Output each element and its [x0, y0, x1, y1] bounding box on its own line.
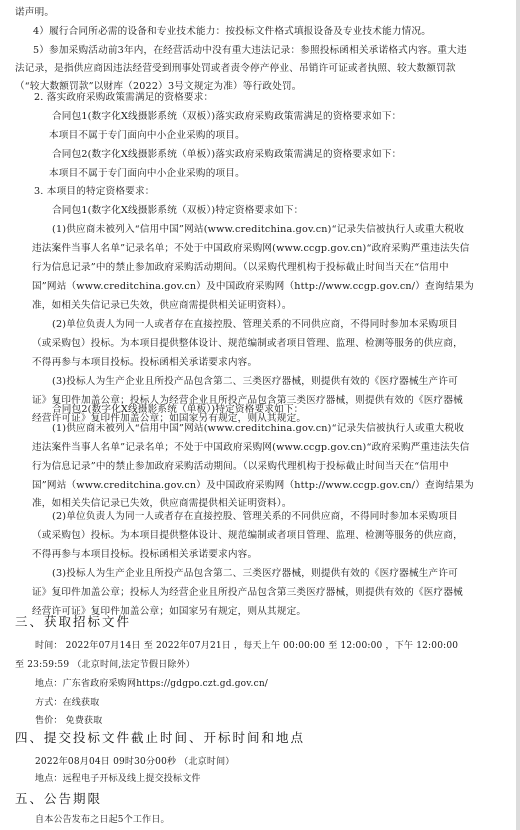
pkg2-req3-line: (3)投标人为生产企业且所投产品包含第二、三类医疗器械，则提供有效的《医疗器械生… [52, 568, 458, 580]
submit-location: 地点：远程电子开标及线上提交投标文件 [35, 773, 201, 785]
section-period-heading: 五、公告期限 [15, 791, 102, 807]
pkg2-requirements-title: 合同包2(数字化X线摄影系统（单板）)特定资格要求如下： [52, 404, 303, 416]
intro-item-4: 4）履行合同所必需的设备和专业技术能力：按投标文件格式填报设备及专业技术能力情况… [33, 26, 431, 38]
pkg2-req2-line: （或采购包）投标。为本项目提供整体设计、规范编制或者项目管理、监理、检测等服务的… [32, 530, 463, 542]
intro-line-0: 诺声明。 [15, 7, 54, 19]
pkg2-req1-line: 准，如相关失信记录已失效，供应商需提供相关证明资料）。 [32, 498, 292, 510]
section-2-pkg2-text: 本项目不属于专门面向中小企业采购的项目。 [49, 168, 245, 180]
section-2-pkg2-title: 合同包2(数字化X线摄影系统（单板）)落实政府采购政策需满足的资格要求如下： [52, 149, 401, 161]
document-page: 诺声明。 4）履行合同所必需的设备和专业技术能力：按投标文件格式填报设备及专业技… [0, 0, 516, 830]
obtain-time-line-2: 至 23:59:59 （北京时间,法定节假日除外） [15, 659, 195, 671]
section-2-title: 2. 落实政府采购政策需满足的资格要求： [34, 92, 213, 104]
obtain-method: 方式：在线获取 [35, 697, 99, 709]
submit-deadline: 2022年08月04日 09时30分00秒 （北京时间） [35, 756, 235, 768]
pkg2-req2-line: (2)单位负责人为同一人或者存在直接控股、管理关系的不同供应商，不得同时参加本采… [52, 511, 458, 523]
pkg1-req1-line: (1)供应商未被列入“信用中国”网站(www.creditchina.gov.c… [52, 224, 464, 236]
pkg1-req2-line: 不得再参与本项目投标。投标函相关承诺要求内容。 [32, 357, 257, 369]
intro-item-5-line-1: 5）参加采购活动前3年内，在经营活动中没有重大违法记录：参照投标函相关承诺格式内… [33, 45, 467, 57]
section-2-pkg1-text: 本项目不属于专门面向中小企业采购的项目。 [49, 130, 245, 142]
obtain-time-line-1: 时间： 2022年07月14日 至 2022年07月21日 ，每天上午 00:0… [35, 640, 458, 652]
section-2-pkg1-title: 合同包1(数字化X线摄影系统（双板）)落实政府采购政策需满足的资格要求如下： [52, 111, 401, 123]
vertical-scrollbar[interactable] [516, 0, 520, 830]
pkg2-req2-line: 不得再参与本项目投标。投标函相关承诺要求内容。 [32, 549, 257, 561]
pkg2-req1-line: 国”网站（www.creditchina.gov.cn）及中国政府采购网（htt… [32, 480, 474, 492]
pkg1-req2-line: (2)单位负责人为同一人或者存在直接控股、管理关系的不同供应商，不得同时参加本采… [52, 319, 458, 331]
period-text: 自本公告发布之日起5个工作日。 [35, 814, 170, 826]
pkg1-req1-line: 违法案件当事人名单”记录名单；不处于中国政府采购网(www.ccgp.gov.c… [32, 243, 470, 255]
pkg1-req1-line: 行为信息记录”中的禁止参加政府采购活动期间。（以采购代理机构于投标截止时间当天在… [32, 262, 449, 274]
pkg2-req3-line: 证》复印件加盖公章；投标人为经营企业且所投产品包含第三类医疗器械，则提供有效的《… [32, 587, 463, 599]
pkg1-req3-line: (3)投标人为生产企业且所投产品包含第二、三类医疗器械，则提供有效的《医疗器械生… [52, 376, 458, 388]
section-submit-heading: 四、提交投标文件截止时间、开标时间和地点 [15, 730, 305, 746]
section-3-title: 3. 本项目的特定资格要求： [34, 186, 155, 198]
pkg1-req1-line: 准，如相关失信记录已失效，供应商需提供相关证明资料）。 [32, 300, 292, 312]
pkg1-req1-line: 国”网站（www.creditchina.gov.cn）及中国政府采购网（htt… [32, 281, 474, 293]
intro-item-5-line-2: 法记录，是指供应商因违法经营受到刑事处罚或者责令停产停业、吊销许可证或者执照、较… [15, 63, 456, 75]
pkg2-req1-line: (1)供应商未被列入“信用中国”网站(www.creditchina.gov.c… [52, 423, 464, 435]
pkg2-req1-line: 违法案件当事人名单”记录名单；不处于中国政府采购网(www.ccgp.gov.c… [32, 442, 470, 454]
pkg2-req1-line: 行为信息记录”中的禁止参加政府采购活动期间。（以采购代理机构于投标截止时间当天在… [32, 461, 449, 473]
obtain-price: 售价： 免费获取 [35, 715, 102, 727]
obtain-location: 地点：广东省政府采购网https://gdgpo.czt.gd.gov.cn/ [35, 678, 268, 690]
section-obtain-heading: 三、获取招标文件 [15, 614, 131, 630]
pkg1-requirements-title: 合同包1(数字化X线摄影系统（双板）)特定资格要求如下： [52, 205, 303, 217]
pkg1-req2-line: （或采购包）投标。为本项目提供整体设计、规范编制或者项目管理、监理、检测等服务的… [32, 338, 463, 350]
